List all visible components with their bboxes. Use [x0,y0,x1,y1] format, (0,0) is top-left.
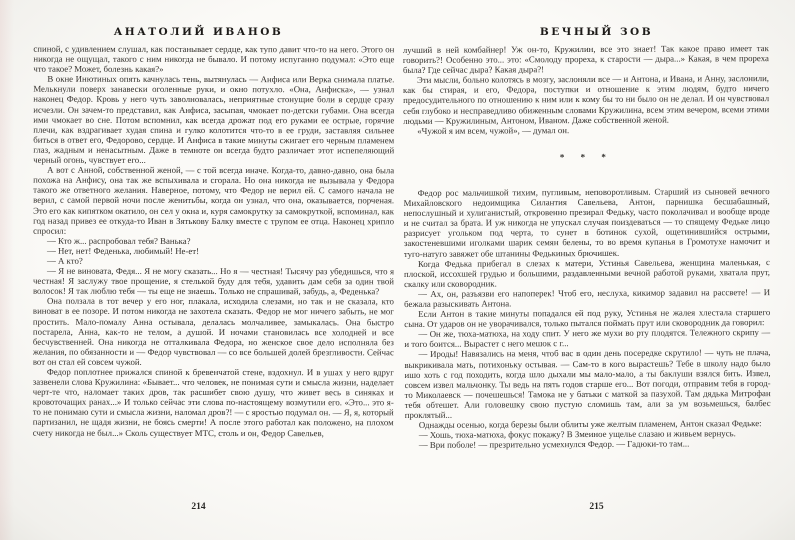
paragraph: — Ах, он, разъязви его напоперек! Чтоб е… [404,287,770,309]
right-page-body: лучший в ней комбайнер! Уж он-то, Кружил… [403,43,771,501]
right-page: ВЕЧНЫЙ ЗОВ лучший в ней комбайнер! Уж он… [398,0,795,540]
paragraph: — Он же, тюха-матюха, на ходу спит. У не… [404,327,770,349]
section-separator: * * * [403,151,769,163]
paragraph: Она ползала в тот вечер у его ног, плака… [33,296,394,367]
left-page-number: 214 [0,502,397,512]
paragraph: спиной, с удивлением слушал, как постаны… [33,44,394,75]
paragraph: — Я не виновата, Федя... Я не могу сказа… [33,266,394,297]
paragraph: «Чужой я им всем, чужой», — думал он. [403,124,769,136]
paragraph: — Кто ж... распробовал тебя? Ванька? [33,235,394,246]
paragraph: — Ври поболе! — презрительно усмехнулся … [405,438,771,450]
right-page-number: 215 [398,502,795,512]
left-page-body: спиной, с удивлением слушал, как постаны… [33,44,395,501]
paragraph: Когда Федька прибегал в слезах к матери,… [404,257,770,289]
paragraph: А вот с Анной, собственной женой, — с то… [33,165,394,236]
left-page: АНАТОЛИЙ ИВАНОВ спиной, с удивлением слу… [0,0,397,540]
paragraph: Эти мысли, больно колотясь в мозгу, засл… [403,73,769,125]
left-running-header: АНАТОЛИЙ ИВАНОВ [0,26,397,38]
right-running-header: ВЕЧНЫЙ ЗОВ [398,26,795,38]
paragraph: Если Антон в такие минуты попадался ей п… [404,307,770,329]
paragraph: — Нет, нет! Феденька, любимый! Не-ет! [33,246,394,257]
paragraph: — А кто? [33,256,394,267]
paragraph: Федор рос мальчишкой тихим, пугливым, не… [404,186,770,259]
paragraph: — Ироды! Навязались на меня, чтоб вас в … [404,347,770,420]
paragraph: Федор поплотнее прижался спиной к бревен… [33,367,394,438]
paragraph: В окне Инютиных опять качнулась тень, вы… [33,74,394,165]
paragraph: лучший в ней комбайнер! Уж он-то, Кружил… [403,43,769,75]
book-spread: АНАТОЛИЙ ИВАНОВ спиной, с удивлением слу… [0,0,795,540]
